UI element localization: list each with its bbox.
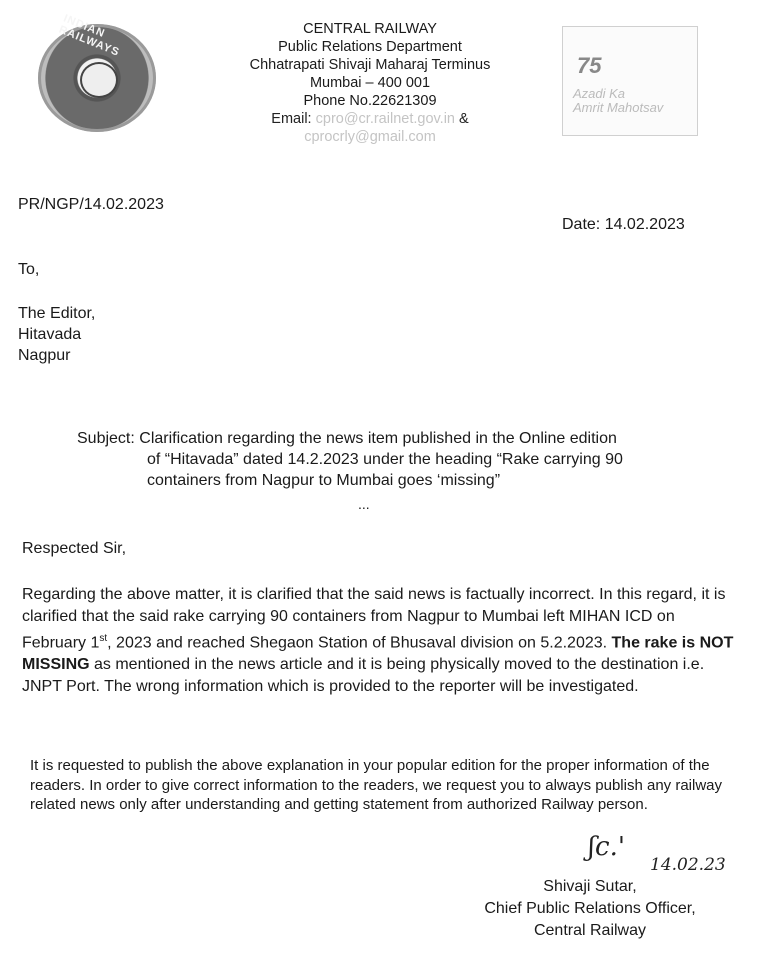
handwritten-date: 14.02.23 (650, 855, 726, 875)
email-label: Email: (271, 111, 311, 127)
indian-railways-logo: INDIAN RAILWAYS (38, 24, 156, 132)
to-label: To, (18, 261, 39, 279)
signatory-block: Shivaji Sutar, Chief Public Relations Of… (470, 876, 710, 942)
letterhead: CENTRAL RAILWAY Public Relations Departm… (200, 20, 540, 146)
subject-line: of “Hitavada” dated 14.2.2023 under the … (77, 449, 717, 470)
separator: ... (358, 496, 370, 512)
org-name: CENTRAL RAILWAY (200, 20, 540, 38)
recipient-line: The Editor, (18, 303, 95, 324)
email-separator: & (459, 111, 469, 127)
building: Chhatrapati Shivaji Maharaj Terminus (200, 56, 540, 74)
signatory-name: Shivaji Sutar, (470, 876, 710, 898)
signature-icon: ʃc.' (588, 832, 625, 862)
recipient-line: Hitavada (18, 324, 95, 345)
body-paragraph-2: It is requested to publish the above exp… (30, 756, 730, 815)
subject-block: Subject: Clarification regarding the new… (77, 428, 717, 491)
subject-line: Clarification regarding the news item pu… (139, 430, 617, 447)
salutation: Respected Sir, (22, 540, 126, 558)
signatory-title: Chief Public Relations Officer, (470, 898, 710, 920)
subject-label: Subject: (77, 430, 135, 447)
azadi-ka-amrit-mahotsav-badge: 75 Azadi Ka Amrit Mahotsav (562, 26, 698, 136)
city: Mumbai – 400 001 (200, 74, 540, 92)
body-paragraph-1: Regarding the above matter, it is clarif… (22, 584, 742, 698)
letter-date: Date: 14.02.2023 (562, 216, 685, 234)
email-1[interactable]: cpro@cr.railnet.gov.in (316, 111, 455, 127)
phone: Phone No.22621309 (200, 92, 540, 110)
subject-line: containers from Nagpur to Mumbai goes ‘m… (77, 470, 717, 491)
logo-emblem-icon (80, 62, 118, 98)
badge-text: Azadi Ka Amrit Mahotsav (573, 87, 663, 115)
department: Public Relations Department (200, 38, 540, 56)
email-2[interactable]: cprocrly@gmail.com (200, 128, 540, 146)
signatory-org: Central Railway (470, 920, 710, 942)
recipient-address: The Editor, Hitavada Nagpur (18, 303, 95, 366)
recipient-line: Nagpur (18, 345, 95, 366)
logo-text: INDIAN RAILWAYS (57, 13, 157, 72)
email-line: Email: cpro@cr.railnet.gov.in & (200, 110, 540, 128)
reference-number: PR/NGP/14.02.2023 (18, 196, 164, 214)
badge-75-icon: 75 (577, 53, 601, 79)
